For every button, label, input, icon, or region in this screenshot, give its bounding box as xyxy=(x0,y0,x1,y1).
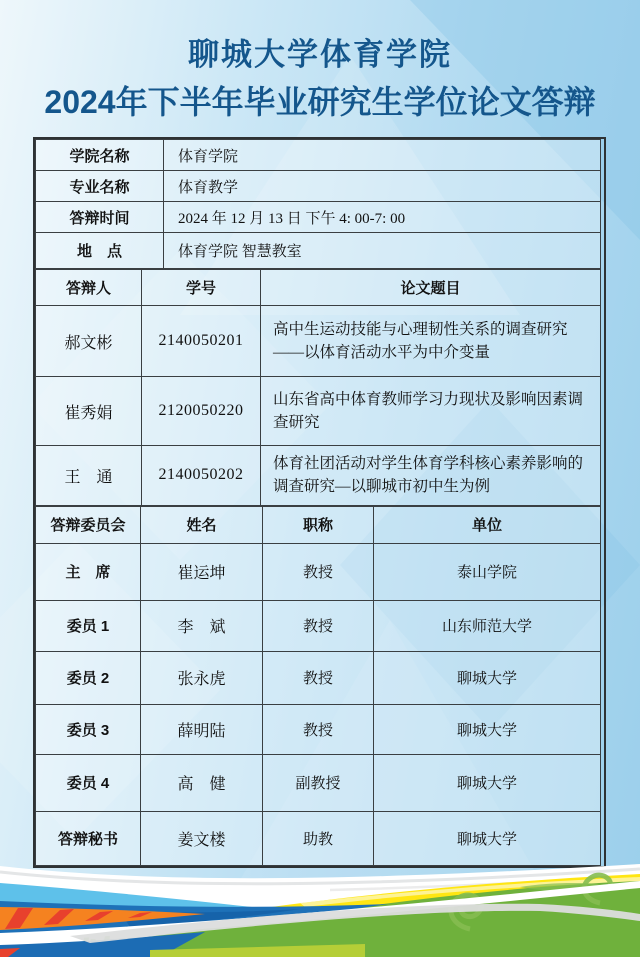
table-row: 委员 2 张永虎 教授 聊城大学 xyxy=(36,651,601,704)
committee-role: 委员 2 xyxy=(36,651,141,704)
table-row: 主 席 崔运坤 教授 泰山学院 xyxy=(36,543,601,600)
poster-title: 聊城大学体育学院 2024年下半年毕业研究生学位论文答辩 xyxy=(0,36,640,124)
info-value: 体育教学 xyxy=(164,171,601,202)
committee-role: 主 席 xyxy=(36,543,141,600)
table-row: 王 通 2140050202 体育社团活动对学生体育学科核心素养影响的调查研究—… xyxy=(36,446,601,506)
info-section: 学院名称 体育学院 专业名称 体育教学 答辩时间 2024 年 12 月 13 … xyxy=(35,139,601,269)
info-label: 地 点 xyxy=(36,233,164,269)
defense-info-table: 学院名称 体育学院 专业名称 体育教学 答辩时间 2024 年 12 月 13 … xyxy=(33,137,606,868)
table-row: 专业名称 体育教学 xyxy=(36,171,601,202)
table-row: 郝文彬 2140050201 高中生运动技能与心理韧性关系的调查研究——以体育活… xyxy=(36,306,601,377)
defenders-header-thesis: 论文题目 xyxy=(261,270,601,306)
defender-thesis-title: 体育社团活动对学生体育学科核心素养影响的调查研究—以聊城市初中生为例 xyxy=(261,446,601,506)
committee-name: 高 健 xyxy=(141,754,263,811)
table-row: 委员 3 薛明陆 教授 聊城大学 xyxy=(36,704,601,754)
table-row: 地 点 体育学院 智慧教室 xyxy=(36,233,601,269)
committee-unit: 聊城大学 xyxy=(374,754,601,811)
info-value: 体育学院 智慧教室 xyxy=(164,233,601,269)
committee-title: 教授 xyxy=(263,600,374,651)
title-line-2: 2024年下半年毕业研究生学位论文答辩 xyxy=(0,81,640,124)
info-label: 专业名称 xyxy=(36,171,164,202)
table-row: 崔秀娟 2120050220 山东省高中体育教师学习力现状及影响因素调查研究 xyxy=(36,377,601,446)
committee-section: 答辩委员会 姓名 职称 单位 主 席 崔运坤 教授 泰山学院 委员 1 李 斌 … xyxy=(35,506,601,866)
committee-header-name: 姓名 xyxy=(141,506,263,543)
committee-role: 委员 4 xyxy=(36,754,141,811)
defender-name: 王 通 xyxy=(36,446,142,506)
table-header-row: 答辩人 学号 论文题目 xyxy=(36,270,601,306)
table-row: 委员 1 李 斌 教授 山东师范大学 xyxy=(36,600,601,651)
committee-role: 委员 3 xyxy=(36,704,141,754)
table-row: 学院名称 体育学院 xyxy=(36,140,601,171)
committee-name: 李 斌 xyxy=(141,600,263,651)
info-value: 体育学院 xyxy=(164,140,601,171)
defenders-header-id: 学号 xyxy=(142,270,261,306)
committee-header-unit: 单位 xyxy=(374,506,601,543)
committee-unit: 聊城大学 xyxy=(374,651,601,704)
defender-student-id: 2140050202 xyxy=(142,446,261,506)
table-row: 答辩时间 2024 年 12 月 13 日 下午 4: 00-7: 00 xyxy=(36,202,601,233)
defender-student-id: 2140050201 xyxy=(142,306,261,377)
title-line-1: 聊城大学体育学院 xyxy=(0,36,640,75)
committee-role: 委员 1 xyxy=(36,600,141,651)
info-label: 答辩时间 xyxy=(36,202,164,233)
info-label: 学院名称 xyxy=(36,140,164,171)
table-row: 委员 4 高 健 副教授 聊城大学 xyxy=(36,754,601,811)
committee-unit: 聊城大学 xyxy=(374,704,601,754)
committee-name: 薛明陆 xyxy=(141,704,263,754)
committee-header-title: 职称 xyxy=(263,506,374,543)
defender-thesis-title: 山东省高中体育教师学习力现状及影响因素调查研究 xyxy=(261,377,601,446)
committee-title: 副教授 xyxy=(263,754,374,811)
defenders-section: 答辩人 学号 论文题目 郝文彬 2140050201 高中生运动技能与心理韧性关… xyxy=(35,269,601,506)
footer-wave-graphic xyxy=(0,857,640,957)
defender-student-id: 2120050220 xyxy=(142,377,261,446)
committee-name: 张永虎 xyxy=(141,651,263,704)
committee-header-role: 答辩委员会 xyxy=(36,506,141,543)
committee-title: 教授 xyxy=(263,543,374,600)
defender-thesis-title: 高中生运动技能与心理韧性关系的调查研究——以体育活动水平为中介变量 xyxy=(261,306,601,377)
defender-name: 崔秀娟 xyxy=(36,377,142,446)
table-header-row: 答辩委员会 姓名 职称 单位 xyxy=(36,506,601,543)
committee-name: 崔运坤 xyxy=(141,543,263,600)
defenders-header-person: 答辩人 xyxy=(36,270,142,306)
committee-unit: 泰山学院 xyxy=(374,543,601,600)
committee-title: 教授 xyxy=(263,651,374,704)
info-value: 2024 年 12 月 13 日 下午 4: 00-7: 00 xyxy=(164,202,601,233)
committee-unit: 山东师范大学 xyxy=(374,600,601,651)
committee-title: 教授 xyxy=(263,704,374,754)
defender-name: 郝文彬 xyxy=(36,306,142,377)
